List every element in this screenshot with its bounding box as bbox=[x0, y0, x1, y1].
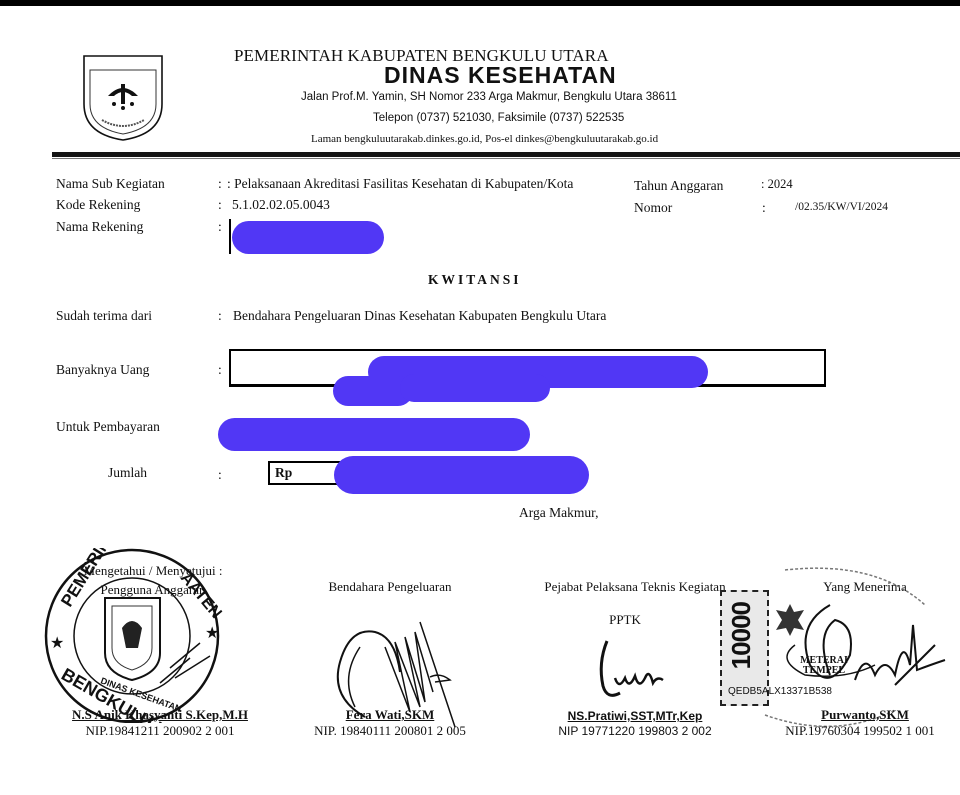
signatory-4-nip: NIP.19760304 199502 1 001 bbox=[770, 723, 950, 739]
signatory-1-nip: NIP.19841211 200902 2 001 bbox=[55, 723, 265, 739]
kode-rekening-label: Kode Rekening bbox=[56, 197, 140, 213]
purpose-redaction bbox=[218, 418, 530, 451]
nomor-label: Nomor bbox=[634, 200, 672, 216]
tahun-anggaran-value: : 2024 bbox=[761, 177, 793, 192]
svg-text:★: ★ bbox=[205, 625, 219, 642]
received-from-label: Sudah terima dari bbox=[56, 308, 152, 324]
signatory-1-name: N.S Anik Khasyanti S.Kep,M.H bbox=[55, 707, 265, 723]
letterhead-divider bbox=[52, 152, 960, 157]
signatory-2-title: Bendahara Pengeluaran bbox=[300, 579, 480, 595]
document-title: KWITANSI bbox=[428, 272, 522, 288]
department-web: Laman bengkuluutarakab.dinkes.go.id, Pos… bbox=[311, 133, 658, 145]
amount-words-redaction-mid bbox=[400, 374, 550, 402]
nama-rekening-redaction bbox=[232, 221, 384, 254]
amount-words-label: Banyaknya Uang bbox=[56, 362, 149, 378]
kode-rekening-colon: : bbox=[218, 197, 222, 213]
signatory-3-title: Pejabat Pelaksana Teknis Kegiatan bbox=[525, 579, 745, 595]
text-cursor bbox=[229, 219, 231, 254]
signatory-3-subtitle: PPTK bbox=[575, 612, 675, 628]
nama-rekening-colon: : bbox=[218, 219, 222, 235]
svg-text:★: ★ bbox=[50, 635, 64, 652]
signatory-3-nip: NIP 19771220 199803 2 002 bbox=[535, 724, 735, 738]
nomor-value: /02.35/KW/VI/2024 bbox=[795, 201, 888, 213]
total-colon: : bbox=[218, 467, 222, 483]
signatory-1-subtitle: Pengguna Anggaran bbox=[68, 582, 238, 598]
currency-label: Rp bbox=[275, 465, 292, 481]
signatory-2-name: Fera Wati,SKM bbox=[300, 707, 480, 723]
kode-rekening-value: 5.1.02.02.05.0043 bbox=[232, 197, 330, 213]
amount-words-colon: : bbox=[218, 362, 222, 378]
place-date: Arga Makmur, bbox=[519, 505, 598, 521]
received-from-colon: : bbox=[218, 308, 222, 324]
department-name: DINAS KESEHATAN bbox=[384, 62, 617, 89]
purpose-label: Untuk Pembayaran bbox=[56, 419, 160, 435]
signature-3-icon bbox=[595, 638, 675, 703]
sub-kegiatan-label: Nama Sub Kegiatan bbox=[56, 176, 165, 192]
letterhead-divider-thin bbox=[52, 158, 960, 159]
received-from-value: Bendahara Pengeluaran Dinas Kesehatan Ka… bbox=[233, 308, 606, 324]
signatory-3-name: NS.Pratiwi,SST,MTr,Kep bbox=[540, 709, 730, 723]
top-border bbox=[0, 0, 960, 6]
nomor-colon: : bbox=[762, 200, 766, 216]
department-phone: Telepon (0737) 521030, Faksimile (0737) … bbox=[373, 112, 624, 124]
tahun-anggaran-label: Tahun Anggaran bbox=[634, 178, 723, 194]
total-redaction bbox=[334, 456, 589, 494]
regency-crest-icon bbox=[80, 52, 166, 142]
signatory-4-name: Purwanto,SKM bbox=[795, 707, 935, 723]
signatory-2-nip: NIP. 19840111 200801 2 005 bbox=[295, 723, 485, 739]
nama-rekening-label: Nama Rekening bbox=[56, 219, 143, 235]
department-address: Jalan Prof.M. Yamin, SH Nomor 233 Arga M… bbox=[301, 91, 677, 103]
signatory-1-title: Mengetahui / Menyetujui : bbox=[68, 563, 238, 579]
sub-kegiatan-colon: : bbox=[218, 176, 222, 192]
sub-kegiatan-value: : Pelaksanaan Akreditasi Fasilitas Keseh… bbox=[227, 176, 573, 192]
total-label: Jumlah bbox=[108, 465, 147, 481]
